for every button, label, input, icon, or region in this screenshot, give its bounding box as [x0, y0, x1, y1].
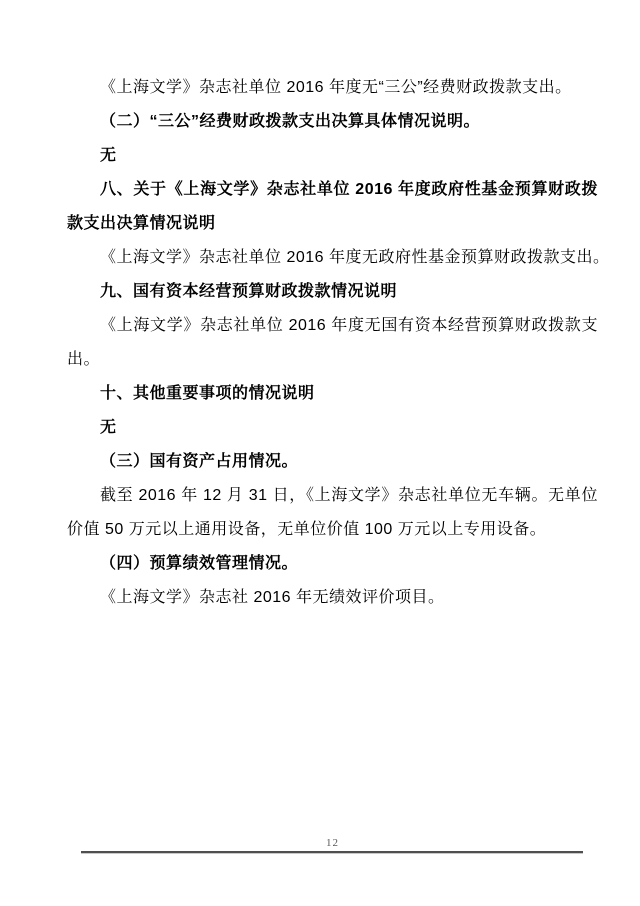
paragraph-line: 《上海文学》杂志社单位 2016 年度无政府性基金预算财政拨款支出。	[67, 241, 598, 275]
document-body: 《上海文学》杂志社单位 2016 年度无“三公”经费财政拨款支出。 （二）“三公…	[67, 71, 598, 615]
paragraph-line: 出。	[67, 343, 598, 377]
document-page: 《上海文学》杂志社单位 2016 年度无“三公”经费财政拨款支出。 （二）“三公…	[0, 0, 640, 906]
heading-line: 无	[67, 139, 598, 173]
heading-line: 无	[67, 411, 598, 445]
heading-line: 款支出决算情况说明	[67, 207, 598, 241]
paragraph-line: 截至 2016 年 12 月 31 日，《上海文学》杂志社单位无车辆。无单位	[67, 479, 598, 513]
paragraph-line: 《上海文学》杂志社单位 2016 年度无国有资本经营预算财政拨款支	[67, 309, 598, 343]
heading-line: 八、关于《上海文学》杂志社单位 2016 年度政府性基金预算财政拨	[67, 173, 598, 207]
page-number: 12	[67, 835, 598, 851]
paragraph-line: 《上海文学》杂志社单位 2016 年度无“三公”经费财政拨款支出。	[67, 71, 598, 105]
paragraph-line: 价值 50 万元以上通用设备，无单位价值 100 万元以上专用设备。	[67, 513, 598, 547]
footer-rule	[81, 851, 583, 854]
heading-line: 十、其他重要事项的情况说明	[67, 377, 598, 411]
heading-line: （三）国有资产占用情况。	[67, 445, 598, 479]
heading-line: （二）“三公”经费财政拨款支出决算具体情况说明。	[67, 105, 598, 139]
heading-line: 九、国有资本经营预算财政拨款情况说明	[67, 275, 598, 309]
paragraph-line: 《上海文学》杂志社 2016 年无绩效评价项目。	[67, 581, 598, 615]
heading-line: （四）预算绩效管理情况。	[67, 547, 598, 581]
